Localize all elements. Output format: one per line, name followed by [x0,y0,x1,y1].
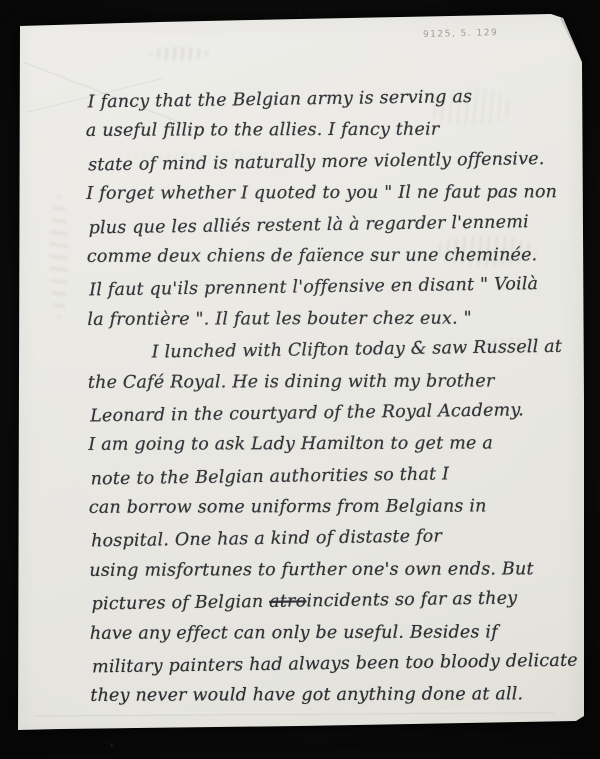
letter-text: hospital. One has a kind of distaste for [91,527,442,552]
letter-text: I lunched with Clifton today & saw Russe… [151,337,562,363]
letter-text: pictures of Belgian [91,592,269,614]
letter-text: using misfortunes to further one's own e… [89,559,533,581]
letter-text: can borrow some uniforms from Belgians i… [89,497,487,518]
letter-text: I am going to ask Lady Hamilton to get m… [88,434,493,455]
letter-lines: I fancy that the Belgian army is serving… [86,82,577,714]
letter-line: la frontière ". Il faut les bouter chez … [87,303,573,336]
show-through-mark [150,47,208,60]
letter-text: la frontière ". Il faut les bouter chez … [87,308,472,329]
letter-text: military painters had always been too bl… [92,651,578,678]
letter-paper-wrap: 9125, 5. 129 I fancy that the Belgian ar… [0,0,600,759]
show-through-mark [50,196,68,318]
letter-line: the Café Royal. He is dining with my bro… [88,366,574,399]
letter-text: I fancy that the Belgian army is serving… [88,87,473,112]
letter-text: I forget whether I quoted to you " Il ne… [86,182,557,204]
letter-line: military painters had always been too bl… [92,646,578,684]
letter-line: a useful fillip to the allies. I fancy t… [86,115,572,148]
letter-line: have any effect can only be useful. Besi… [90,617,576,650]
letter-paper: 9125, 5. 129 I fancy that the Belgian ar… [0,0,600,759]
letter-line: comme deux chiens de faïence sur une che… [87,240,573,273]
letter-line: note to the Belgian authorities so that … [90,457,576,495]
letter-line: Leonard in the courtyard of the Royal Ac… [90,394,576,432]
letter-text: comme deux chiens de faïence sur une che… [87,245,538,267]
letter-text: plus que les alliés restent là à regarde… [89,212,529,238]
letter-text: a useful fillip to the allies. I fancy t… [86,120,440,141]
letter-text: Leonard in the courtyard of the Royal Ac… [90,400,524,426]
letter-line: I lunched with Clifton today & saw Russe… [89,332,575,370]
letter-line: using misfortunes to further one's own e… [89,554,575,587]
letter-line: Il faut qu'ils prennent l'offensive en d… [89,269,575,307]
dogear-corner-crease [560,18,584,64]
letter-line: they never would have got anything done … [90,680,576,713]
letter-line: pictures of Belgian atroincidents so far… [91,583,577,621]
letter-text: have any effect can only be useful. Besi… [90,622,498,643]
letter-line: I forget whether I quoted to you " Il ne… [86,177,572,210]
letter-text: state of mind is naturally more violentl… [88,149,545,175]
dogear-corner-shade [548,16,584,66]
letter-line: I am going to ask Lady Hamilton to get m… [88,428,574,461]
catalog-number: 9125, 5. 129 [423,28,499,40]
letter-text: Il faut qu'ils prennent l'offensive en d… [89,274,538,300]
photograph-background: 9125, 5. 129 I fancy that the Belgian ar… [0,0,600,759]
letter-line: I fancy that the Belgian army is serving… [87,81,573,119]
letter-line: can borrow some uniforms from Belgians i… [89,491,575,524]
letter-text: incidents so far as they [306,589,517,612]
letter-line: hospital. One has a kind of distaste for [91,520,577,558]
letter-line: state of mind is naturally more violentl… [88,143,574,181]
letter-text: the Café Royal. He is dining with my bro… [88,371,495,392]
letter-text: note to the Belgian authorities so that … [90,464,449,489]
letter-line: plus que les alliés restent là à regarde… [88,206,574,244]
struck-word: atro [269,592,306,613]
letter-text: they never would have got anything done … [90,685,523,707]
